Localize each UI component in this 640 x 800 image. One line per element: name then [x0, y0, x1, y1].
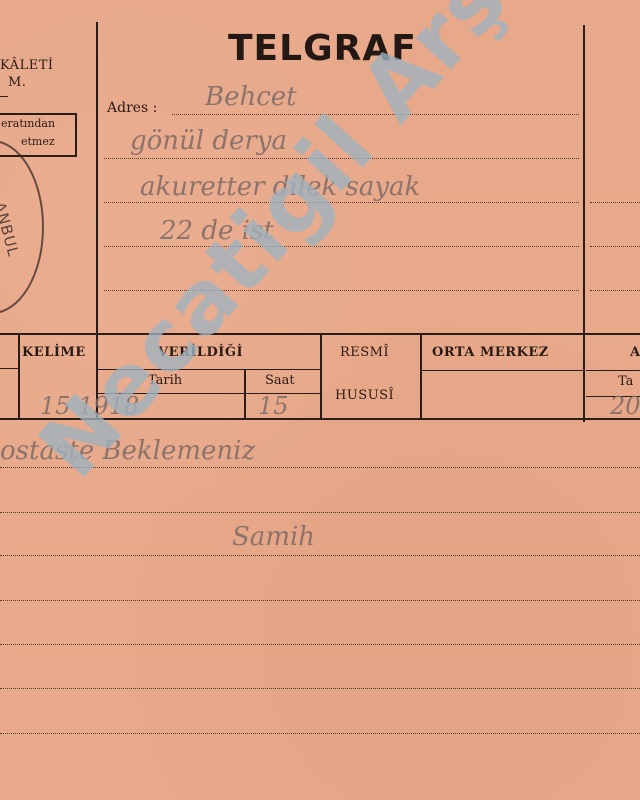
- message-line-3-right: [590, 246, 640, 247]
- address-label: Adres :: [107, 100, 157, 116]
- agency-name-fragment: KÂLETİ: [0, 58, 54, 73]
- header-right-sub-partial: Ta: [618, 374, 633, 389]
- handwritten-address: Behcet: [205, 82, 297, 112]
- message-line-4-right: [590, 290, 640, 291]
- handwritten-line-1: gönül derya: [130, 126, 287, 156]
- col-sep-tarih-saat: [244, 369, 246, 418]
- handwritten-right-value: 20: [610, 392, 640, 420]
- header-saat: Saat: [265, 373, 295, 388]
- col-sep-1: [18, 334, 20, 418]
- short-divider: [0, 96, 8, 97]
- notice-box-line1: eratından: [1, 117, 55, 130]
- body-line-2[interactable]: [0, 512, 640, 513]
- table-row-divider-left: [0, 368, 20, 369]
- body-line-7[interactable]: [0, 733, 640, 734]
- header-orta-merkez: ORTA MERKEZ: [432, 345, 549, 360]
- right-col-divider: [586, 370, 640, 371]
- header-right-partial: A: [630, 345, 640, 360]
- body-line-3[interactable]: [0, 555, 640, 556]
- notice-box-line2: etmez: [21, 135, 55, 148]
- message-line-3[interactable]: [104, 246, 579, 247]
- agency-abbrev: M.: [8, 75, 26, 90]
- orta-merkez-divider: [420, 370, 583, 371]
- col-sep-orta: [420, 334, 422, 418]
- body-line-6[interactable]: [0, 688, 640, 689]
- handwritten-body-2: Samih: [232, 522, 315, 552]
- archive-watermark: Necatigil Arşivi: [20, 0, 608, 497]
- col-sep-resmi: [320, 334, 322, 418]
- frame-right-border: [583, 25, 585, 422]
- header-resmi: RESMÎ: [340, 345, 389, 360]
- body-line-4[interactable]: [0, 600, 640, 601]
- header-hususi: HUSUSÎ: [335, 388, 394, 403]
- handwritten-saat: 15: [258, 392, 289, 420]
- body-line-5[interactable]: [0, 644, 640, 645]
- header-kelime: KELİME: [22, 345, 86, 360]
- message-line-2-right: [590, 202, 640, 203]
